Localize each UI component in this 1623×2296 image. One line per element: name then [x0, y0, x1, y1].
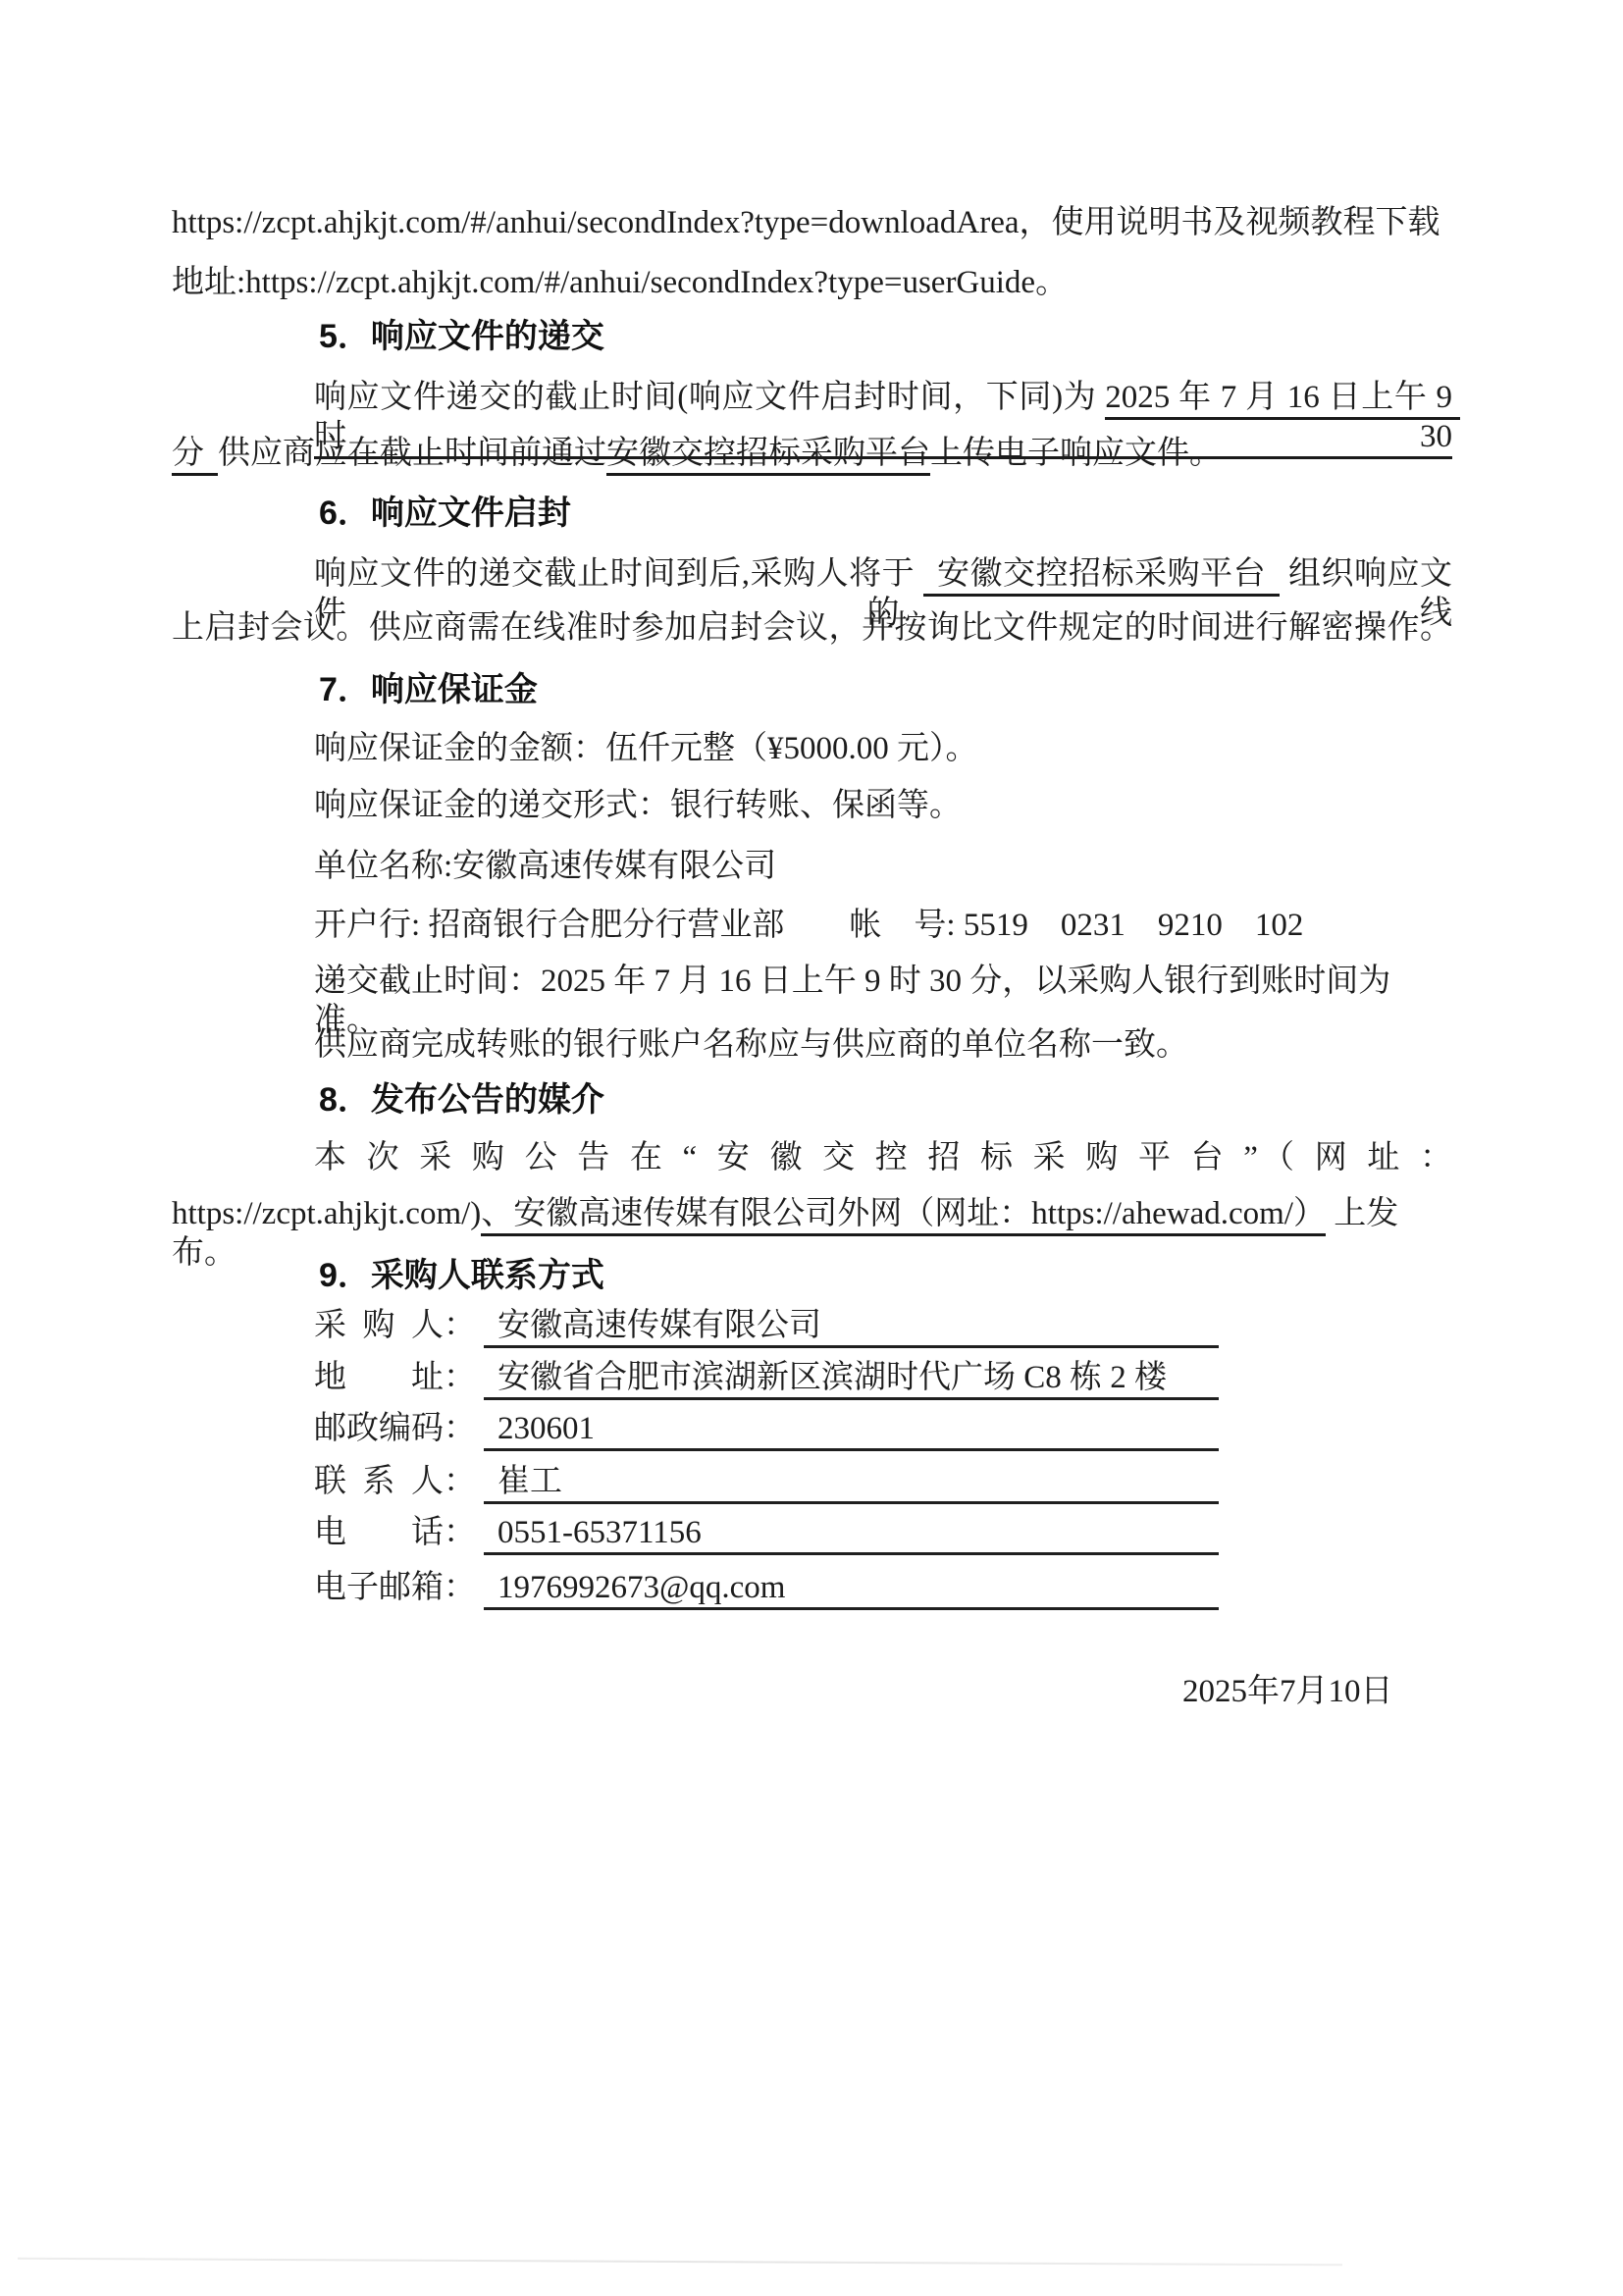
- contact-row-postcode: 邮政编码：230601: [314, 1413, 1452, 1451]
- section6-paragraph-line2: 上启封会议。供应商需在线准时参加启封会议，并按询比文件规定的时间进行解密操作。: [172, 608, 1452, 648]
- section8-p2-url: https://zcpt.ahjkjt.com/): [172, 1196, 481, 1231]
- deposit-form-line: 响应保证金的递交形式：银行转账、保函等。: [314, 786, 1452, 825]
- transfer-note-line: 供应商完成转账的银行账户名称应与供应商的单位名称一致。: [314, 1025, 1452, 1065]
- section8-paragraph-line1: 本次采购公告在“安徽交控招标采购平台”（网址：: [314, 1138, 1452, 1177]
- document-date: 2025年7月10日: [1182, 1665, 1393, 1711]
- email-value: 1976992673@qq.com: [484, 1572, 1219, 1610]
- purchaser-label: 采 购 人：: [314, 1310, 484, 1342]
- contact-row-contact-person: 联 系 人：崔工: [314, 1466, 1452, 1504]
- section8-p2-underlined-extranet: 、安徽高速传媒有限公司外网（网址：https://ahewad.com/）: [481, 1196, 1326, 1236]
- bank-account-line: 开户行: 招商银行合肥分行营业部 帐 号: 5519 0231 9210 102: [314, 906, 1452, 945]
- section5-paragraph-line2: 分供应商应在截止时间前通过安徽交控招标采购平台上传电子响应文件。: [172, 434, 1452, 473]
- section6-heading: 6．响应文件启封: [319, 494, 1452, 534]
- document-page: https://zcpt.ahjkjt.com/#/anhui/secondIn…: [0, 0, 1623, 2296]
- contact-row-email: 电子邮箱：1976992673@qq.com: [314, 1572, 1452, 1610]
- address-label: 地 址：: [314, 1362, 484, 1394]
- contact-row-address: 地 址：安徽省合肥市滨湖新区滨湖时代广场 C8 栋 2 楼: [314, 1362, 1452, 1400]
- postcode-value: 230601: [484, 1413, 1219, 1451]
- intro-url-line-1: https://zcpt.ahjkjt.com/#/anhui/secondIn…: [172, 203, 1452, 242]
- unit-name-line: 单位名称:安徽高速传媒有限公司: [314, 847, 1452, 886]
- section5-p1-text: 响应文件递交的截止时间(响应文件启封时间，下同)为: [314, 380, 1096, 415]
- contact-row-purchaser: 采 购 人：安徽高速传媒有限公司: [314, 1310, 1452, 1348]
- section5-p2-tail: 上传电子响应文件。: [930, 436, 1222, 471]
- contact-row-phone: 电 话：0551-65371156: [314, 1517, 1452, 1555]
- deposit-amount-line: 响应保证金的金额：伍仟元整（¥5000.00 元）。: [314, 729, 1452, 768]
- scan-edge-artifact: [18, 2258, 1342, 2267]
- phone-label: 电 话：: [314, 1517, 484, 1549]
- contact-person-label: 联 系 人：: [314, 1466, 484, 1498]
- postcode-label: 邮政编码：: [314, 1413, 484, 1445]
- section8-heading: 8．发布公告的媒介: [319, 1080, 1452, 1121]
- phone-value: 0551-65371156: [484, 1517, 1219, 1555]
- section5-heading: 5．响应文件的递交: [319, 317, 1452, 357]
- section9-heading: 9．采购人联系方式: [319, 1256, 1452, 1296]
- section6-p1-underlined-platform: 安徽交控招标采购平台: [923, 556, 1280, 597]
- email-label: 电子邮箱：: [314, 1572, 484, 1604]
- section5-p2-underlined-fen: 分: [172, 436, 218, 476]
- section6-p1-text: 响应文件的递交截止时间到后,采购人将于: [314, 556, 915, 592]
- contact-person-value: 崔工: [484, 1466, 1219, 1504]
- section5-p2-text: 供应商应在截止时间前通过: [218, 436, 606, 471]
- intro-url-line-2: 地址:https://zcpt.ahjkjt.com/#/anhui/secon…: [172, 263, 1452, 302]
- address-value: 安徽省合肥市滨湖新区滨湖时代广场 C8 栋 2 楼: [484, 1362, 1219, 1400]
- purchaser-value: 安徽高速传媒有限公司: [484, 1310, 1219, 1348]
- section5-p2-underlined-platform: 安徽交控招标采购平台: [606, 436, 930, 476]
- section7-heading: 7．响应保证金: [319, 670, 1452, 710]
